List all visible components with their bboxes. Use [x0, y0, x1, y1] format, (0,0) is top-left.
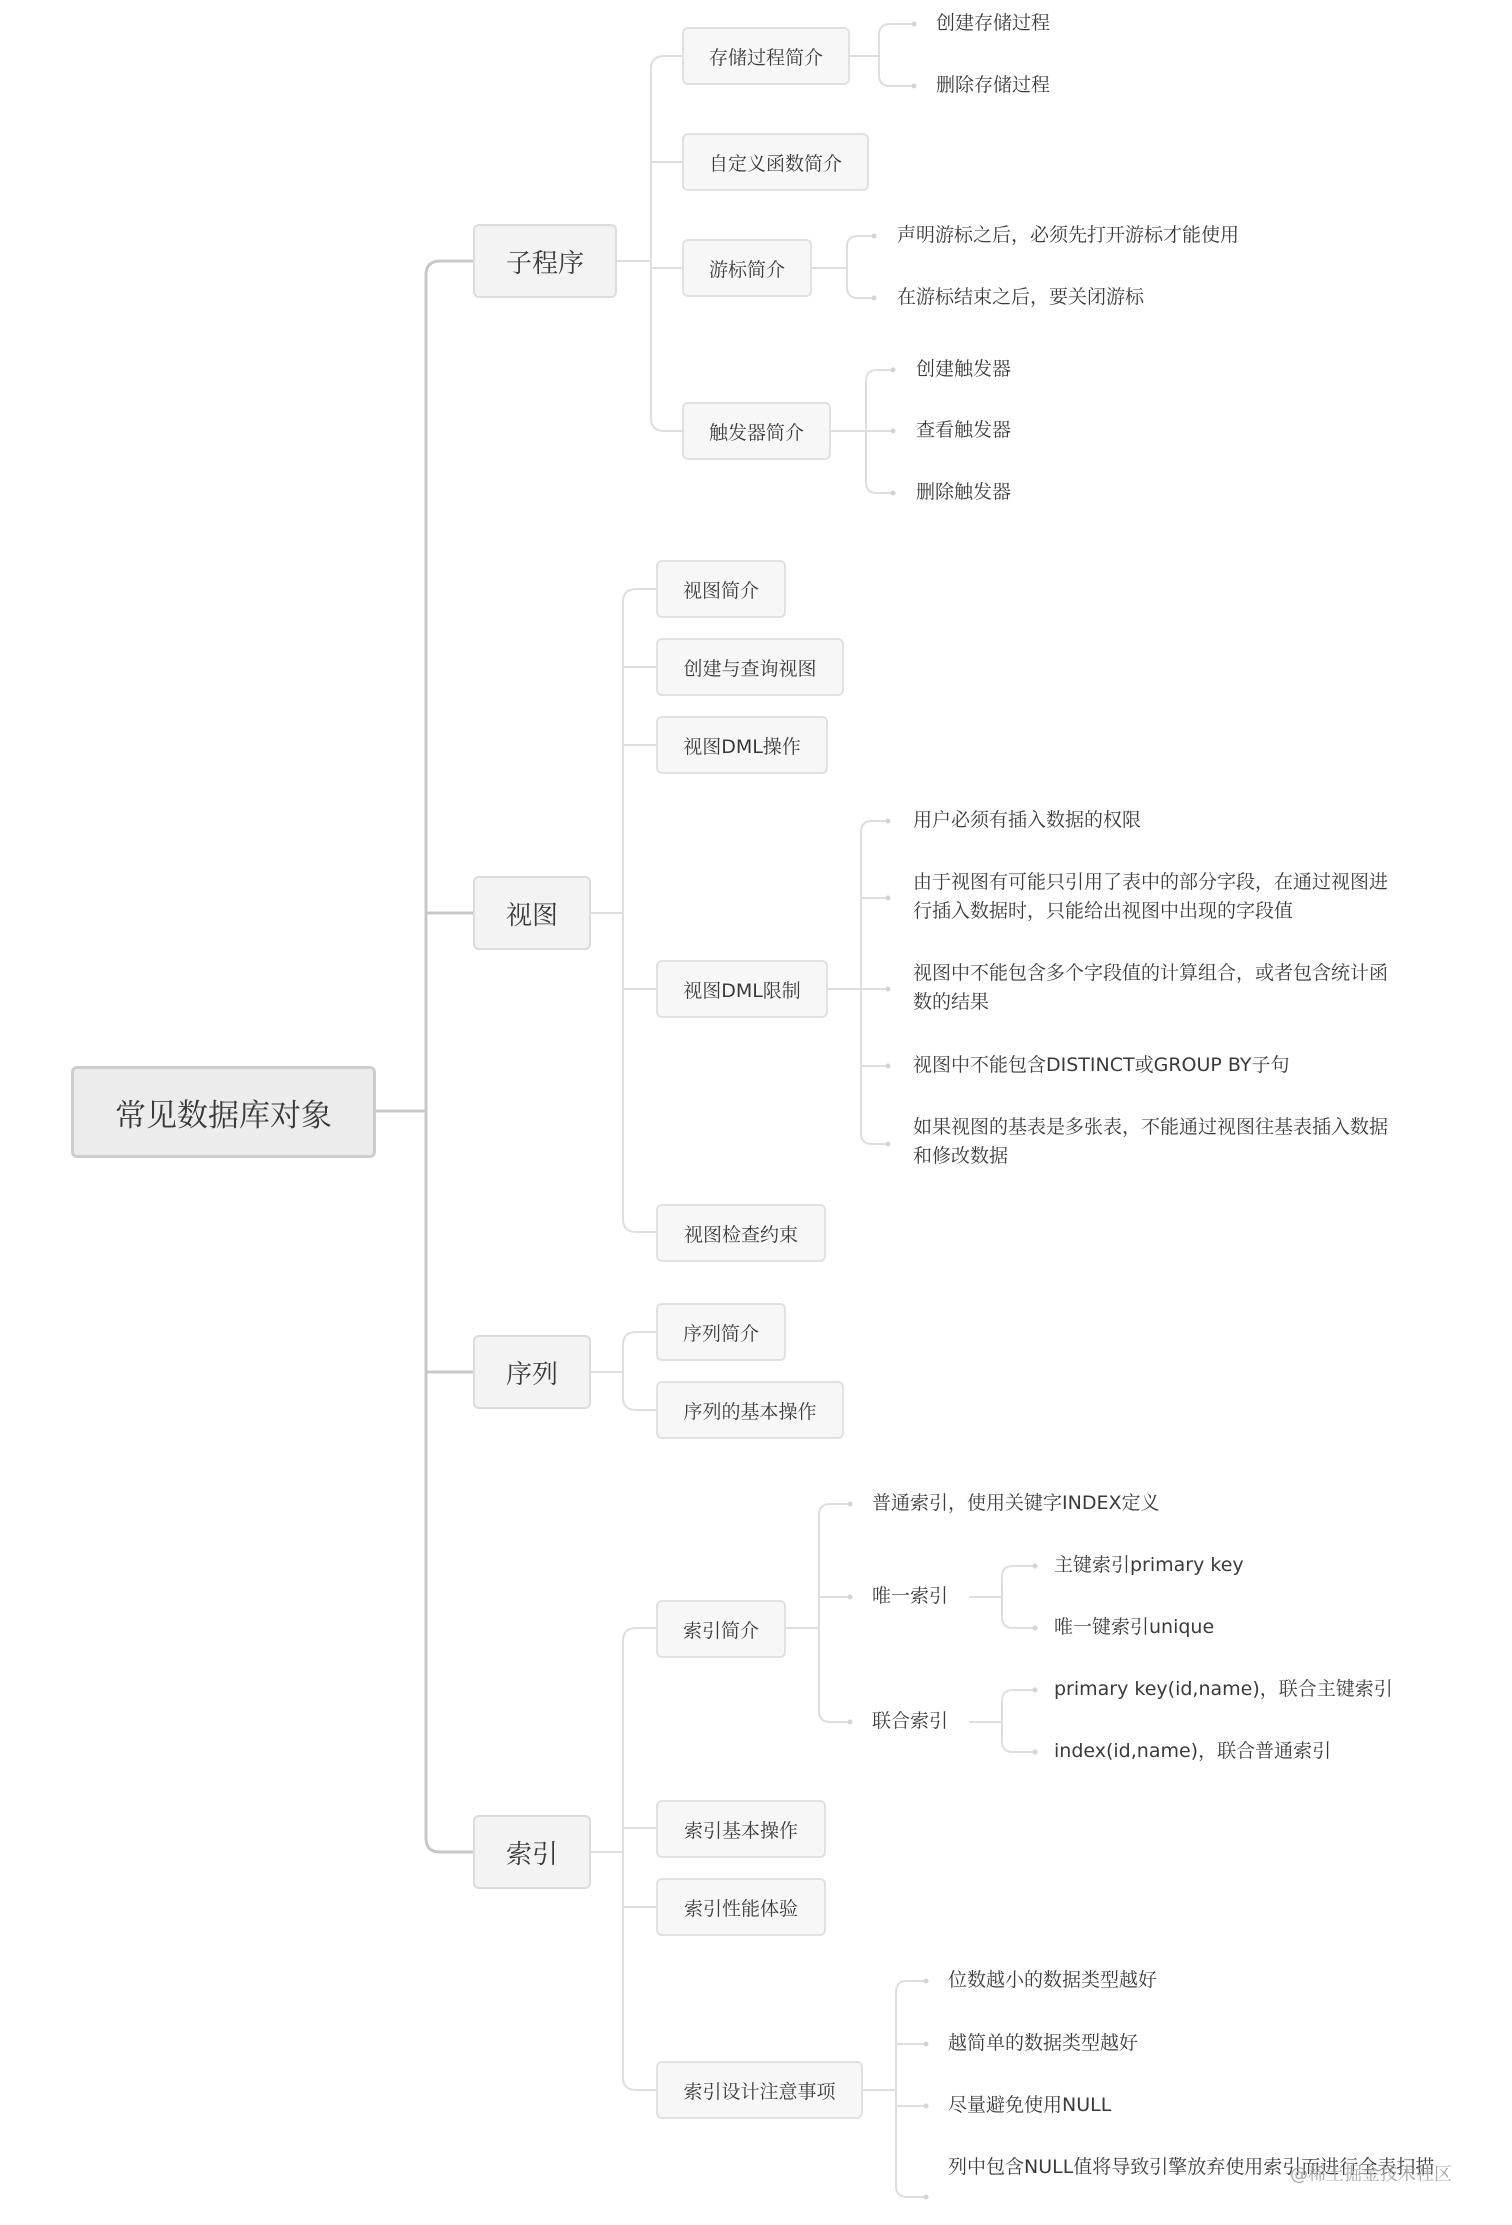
topic-index[interactable]: 索引	[473, 1815, 591, 1889]
subtopic-label: 索引简介	[683, 1616, 759, 1643]
subtopic-create-query-view[interactable]: 创建与查询视图	[656, 638, 844, 696]
leaf-unique-index: 唯一索引	[872, 1582, 948, 1611]
topic-label: 序列	[506, 1354, 558, 1391]
subtopic-sequence-intro[interactable]: 序列简介	[656, 1303, 786, 1361]
leaf-show-trigger: 查看触发器	[916, 416, 1011, 445]
leaf-view-limit-3: 视图中不能包含多个字段值的计算组合，或者包含统计函数的结果	[913, 959, 1403, 1017]
subtopic-view-check[interactable]: 视图检查约束	[656, 1204, 826, 1262]
leaf-primary-key-index: 主键索引primary key	[1054, 1551, 1244, 1580]
subtopic-label: 创建与查询视图	[683, 654, 816, 681]
subtopic-label: 自定义函数简介	[709, 149, 842, 176]
subtopic-label: 索引设计注意事项	[683, 2077, 835, 2104]
topic-view[interactable]: 视图	[473, 876, 591, 950]
mind-map-canvas: 常见数据库对象 子程序 存储过程简介 创建存储过程 删除存储过程 自定义函数简介…	[0, 0, 1512, 2225]
topic-label: 视图	[506, 895, 558, 932]
subtopic-label: 触发器简介	[709, 418, 804, 445]
topic-sequence[interactable]: 序列	[473, 1335, 591, 1409]
leaf-normal-index: 普通索引，使用关键字INDEX定义	[872, 1489, 1159, 1518]
leaf-composite-index: 联合索引	[872, 1707, 948, 1736]
subtopic-index-intro[interactable]: 索引简介	[656, 1600, 786, 1658]
leaf-design-1: 位数越小的数据类型越好	[948, 1966, 1157, 1995]
subtopic-trigger[interactable]: 触发器简介	[682, 402, 831, 460]
leaf-design-3: 尽量避免使用NULL	[948, 2091, 1111, 2120]
subtopic-label: 序列简介	[683, 1319, 759, 1346]
leaf-composite-normal-index: index(id,name)，联合普通索引	[1054, 1737, 1331, 1766]
subtopic-sequence-ops[interactable]: 序列的基本操作	[656, 1381, 844, 1439]
leaf-create-procedure: 创建存储过程	[936, 9, 1050, 38]
topic-label: 子程序	[506, 243, 584, 280]
leaf-create-trigger: 创建触发器	[916, 355, 1011, 384]
subtopic-udf[interactable]: 自定义函数简介	[682, 133, 869, 191]
subtopic-cursor[interactable]: 游标简介	[682, 239, 812, 297]
leaf-cursor-open: 声明游标之后，必须先打开游标才能使用	[897, 221, 1239, 250]
subtopic-index-ops[interactable]: 索引基本操作	[656, 1800, 826, 1858]
subtopic-label: 视图DML操作	[683, 732, 801, 759]
leaf-drop-procedure: 删除存储过程	[936, 71, 1050, 100]
leaf-view-limit-5: 如果视图的基表是多张表，不能通过视图往基表插入数据和修改数据	[913, 1113, 1403, 1171]
leaf-cursor-close: 在游标结束之后，要关闭游标	[897, 283, 1144, 312]
subtopic-label: 序列的基本操作	[683, 1397, 816, 1424]
watermark: @稀土掘金技术社区	[1290, 2160, 1452, 2186]
subtopic-label: 视图检查约束	[684, 1220, 798, 1247]
leaf-design-2: 越简单的数据类型越好	[948, 2029, 1138, 2058]
leaf-view-limit-1: 用户必须有插入数据的权限	[913, 806, 1403, 835]
subtopic-view-dml-limits[interactable]: 视图DML限制	[656, 960, 828, 1018]
subtopic-view-intro[interactable]: 视图简介	[656, 560, 786, 618]
subtopic-stored-procedure[interactable]: 存储过程简介	[682, 27, 850, 85]
subtopic-label: 游标简介	[709, 255, 785, 282]
topic-subprogram[interactable]: 子程序	[473, 224, 617, 298]
leaf-unique-key-index: 唯一键索引unique	[1054, 1613, 1214, 1642]
root-label: 常见数据库对象	[115, 1090, 332, 1135]
root-node[interactable]: 常见数据库对象	[71, 1066, 376, 1158]
subtopic-index-performance[interactable]: 索引性能体验	[656, 1878, 826, 1936]
subtopic-label: 存储过程简介	[709, 43, 823, 70]
subtopic-index-design[interactable]: 索引设计注意事项	[656, 2061, 863, 2119]
subtopic-label: 索引基本操作	[684, 1816, 798, 1843]
leaf-drop-trigger: 删除触发器	[916, 478, 1011, 507]
subtopic-label: 视图简介	[683, 576, 759, 603]
leaf-view-limit-4: 视图中不能包含DISTINCT或GROUP BY子句	[913, 1051, 1403, 1080]
subtopic-label: 视图DML限制	[683, 976, 801, 1003]
topic-label: 索引	[506, 1834, 558, 1871]
leaf-view-limit-2: 由于视图有可能只引用了表中的部分字段，在通过视图进行插入数据时，只能给出视图中出…	[913, 868, 1403, 926]
subtopic-label: 索引性能体验	[684, 1894, 798, 1921]
leaf-composite-primary-key: primary key(id,name)，联合主键索引	[1054, 1675, 1393, 1704]
subtopic-view-dml-ops[interactable]: 视图DML操作	[656, 716, 828, 774]
